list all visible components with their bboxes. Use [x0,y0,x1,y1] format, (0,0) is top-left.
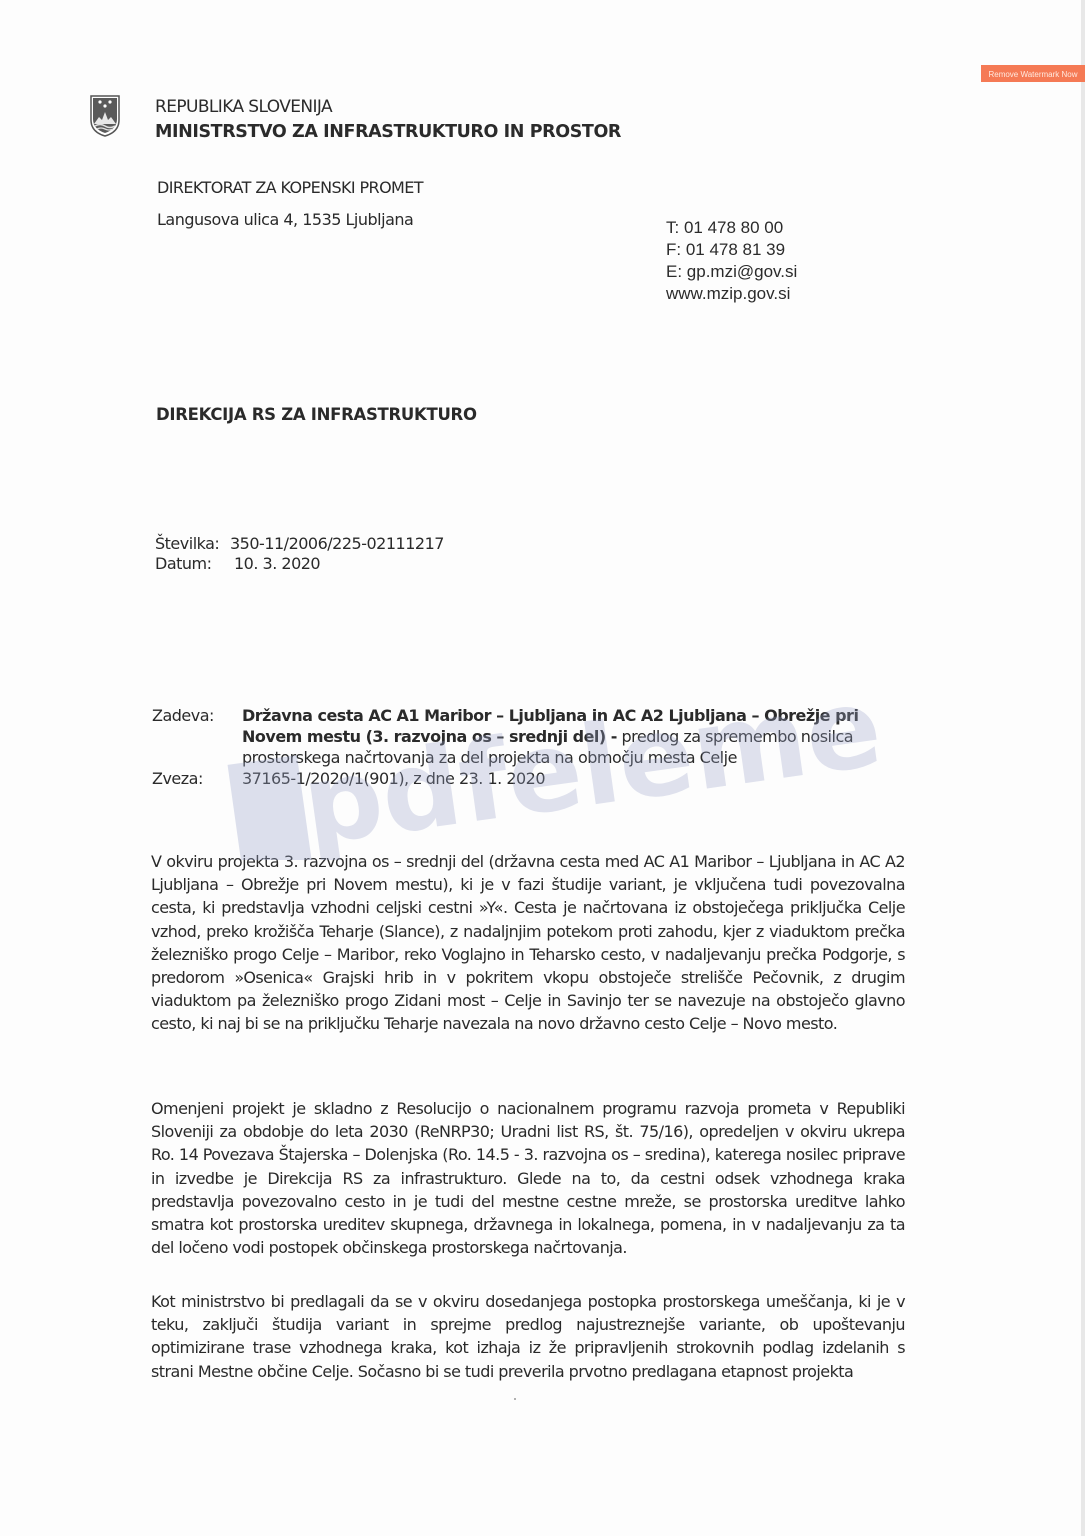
contact-phone: T: 01 478 80 00 [666,217,797,239]
ministry-name: MINISTRSTVO ZA INFRASTRUKTURO IN PROSTOR [155,122,621,142]
ministry-address: Langusova ulica 4, 1535 Ljubljana [157,210,413,229]
reference-label: Zveza: [152,768,242,789]
scan-speck [514,1398,516,1400]
contact-fax: F: 01 478 81 39 [666,239,797,261]
number-label: Številka: [155,534,230,554]
reference-value: 37165-1/2020/1(901), z dne 23. 1. 2020 [242,768,912,789]
page-edge [1081,0,1085,1536]
remove-watermark-button[interactable]: Remove Watermark Now [981,65,1085,82]
subject-text: Državna cesta AC A1 Maribor – Ljubljana … [242,705,912,768]
contact-email[interactable]: E: gp.mzi@gov.si [666,261,797,283]
number-value: 350-11/2006/225-02111217 [230,534,444,554]
subject-label: Zadeva: [152,705,242,768]
paragraph: V okviru projekta 3. razvojna os – sredn… [151,850,905,1036]
contact-website[interactable]: www.mzip.gov.si [666,283,797,305]
paragraph: Kot ministrstvo bi predlagali da se v ok… [151,1290,905,1383]
recipient: DIREKCIJA RS ZA INFRASTRUKTURO [156,405,477,424]
directorate-name: DIREKTORAT ZA KOPENSKI PROMET [157,178,423,197]
paragraph: Omenjeni projekt je skladno z Resolucijo… [151,1097,905,1259]
republic-name: REPUBLIKA SLOVENIJA [155,97,332,117]
document-meta: Številka: 350-11/2006/225-02111217 Datum… [155,534,444,574]
subject-block: Zadeva: Državna cesta AC A1 Maribor – Lj… [152,705,912,789]
date-label: Datum: [155,554,230,574]
date-value: 10. 3. 2020 [230,554,320,574]
slovenia-coat-of-arms-icon [88,94,122,138]
document-page: Remove Watermark Now REPUBLIKA SLOVENIJA… [0,0,1085,1536]
contact-block: T: 01 478 80 00 F: 01 478 81 39 E: gp.mz… [666,217,797,305]
